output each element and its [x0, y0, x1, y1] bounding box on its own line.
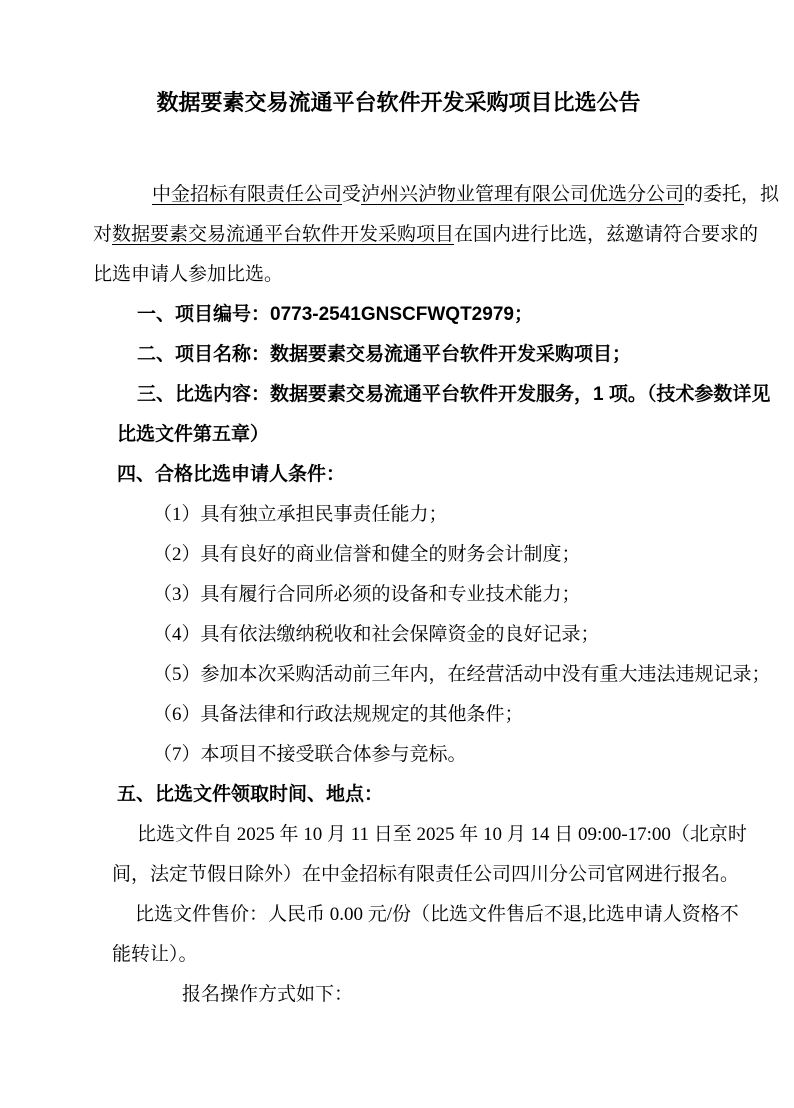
- section-3-content-line-1: 三、比选内容：数据要素交易流通平台软件开发服务，1 项。（技术参数详见: [93, 375, 704, 415]
- condition-item-7: （7）本项目不接受联合体参与竞标。: [93, 735, 704, 775]
- condition-item-6: （6）具备法律和行政法规规定的其他条件；: [93, 695, 704, 735]
- intro-line-1: 中金招标有限责任公司受泸州兴泸物业管理有限公司优选分公司的委托，拟: [93, 175, 704, 215]
- condition-item-1: （1）具有独立承担民事责任能力；: [93, 495, 704, 535]
- intro-line-1-tail: 的委托，拟: [684, 184, 779, 205]
- section-2-project-name: 二、项目名称：数据要素交易流通平台软件开发采购项目；: [93, 335, 704, 375]
- pickup-time-line-1: 比选文件自 2025 年 10 月 11 日至 2025 年 10 月 14 日…: [93, 815, 704, 855]
- project-name-underlined: 数据要素交易流通平台软件开发采购项目: [112, 224, 454, 245]
- pickup-time-line-2: 间，法定节假日除外）在中金招标有限责任公司四川分公司官网进行报名。: [93, 855, 704, 895]
- intro-line-2-tail: 在国内进行比选，兹邀请符合要求的: [454, 224, 758, 245]
- intro-line-3: 比选申请人参加比选。: [93, 255, 704, 295]
- section-5-document-pickup-heading: 五、比选文件领取时间、地点：: [93, 775, 704, 815]
- intro-line-2-head: 对: [93, 224, 112, 245]
- condition-item-2: （2）具有良好的商业信誉和健全的财务会计制度；: [93, 535, 704, 575]
- principal-name-underlined: 泸州兴泸物业管理有限公司优选分公司: [361, 184, 684, 205]
- document-content: 数据要素交易流通平台软件开发采购项目比选公告 中金招标有限责任公司受泸州兴泸物业…: [0, 88, 794, 1015]
- condition-item-3: （3）具有履行合同所必须的设备和专业技术能力；: [93, 575, 704, 615]
- document-body: 中金招标有限责任公司受泸州兴泸物业管理有限公司优选分公司的委托，拟 对数据要素交…: [93, 175, 704, 1015]
- intro-line-2: 对数据要素交易流通平台软件开发采购项目在国内进行比选，兹邀请符合要求的: [93, 215, 704, 255]
- section-1-project-number: 一、项目编号：0773-2541GNSCFWQT2979；: [93, 295, 704, 335]
- condition-item-5: （5）参加本次采购活动前三年内，在经营活动中没有重大违法违规记录；: [93, 655, 704, 695]
- section-3-content-line-2: 比选文件第五章）: [93, 415, 704, 455]
- document-price-line-2: 能转让）。: [93, 935, 704, 975]
- document-page: 数据要素交易流通平台软件开发采购项目比选公告 中金招标有限责任公司受泸州兴泸物业…: [0, 0, 794, 1108]
- document-price-line-1: 比选文件售价：人民币 0.00 元/份（比选文件售后不退,比选申请人资格不: [93, 895, 704, 935]
- section-4-qualification-heading: 四、合格比选申请人条件：: [93, 455, 704, 495]
- page-title: 数据要素交易流通平台软件开发采购项目比选公告: [93, 88, 704, 118]
- registration-method-intro: 报名操作方式如下：: [93, 975, 704, 1015]
- condition-item-4: （4）具有依法缴纳税收和社会保障资金的良好记录；: [93, 615, 704, 655]
- intro-connector: 受: [342, 184, 361, 205]
- agent-name-underlined: 中金招标有限责任公司: [152, 184, 342, 205]
